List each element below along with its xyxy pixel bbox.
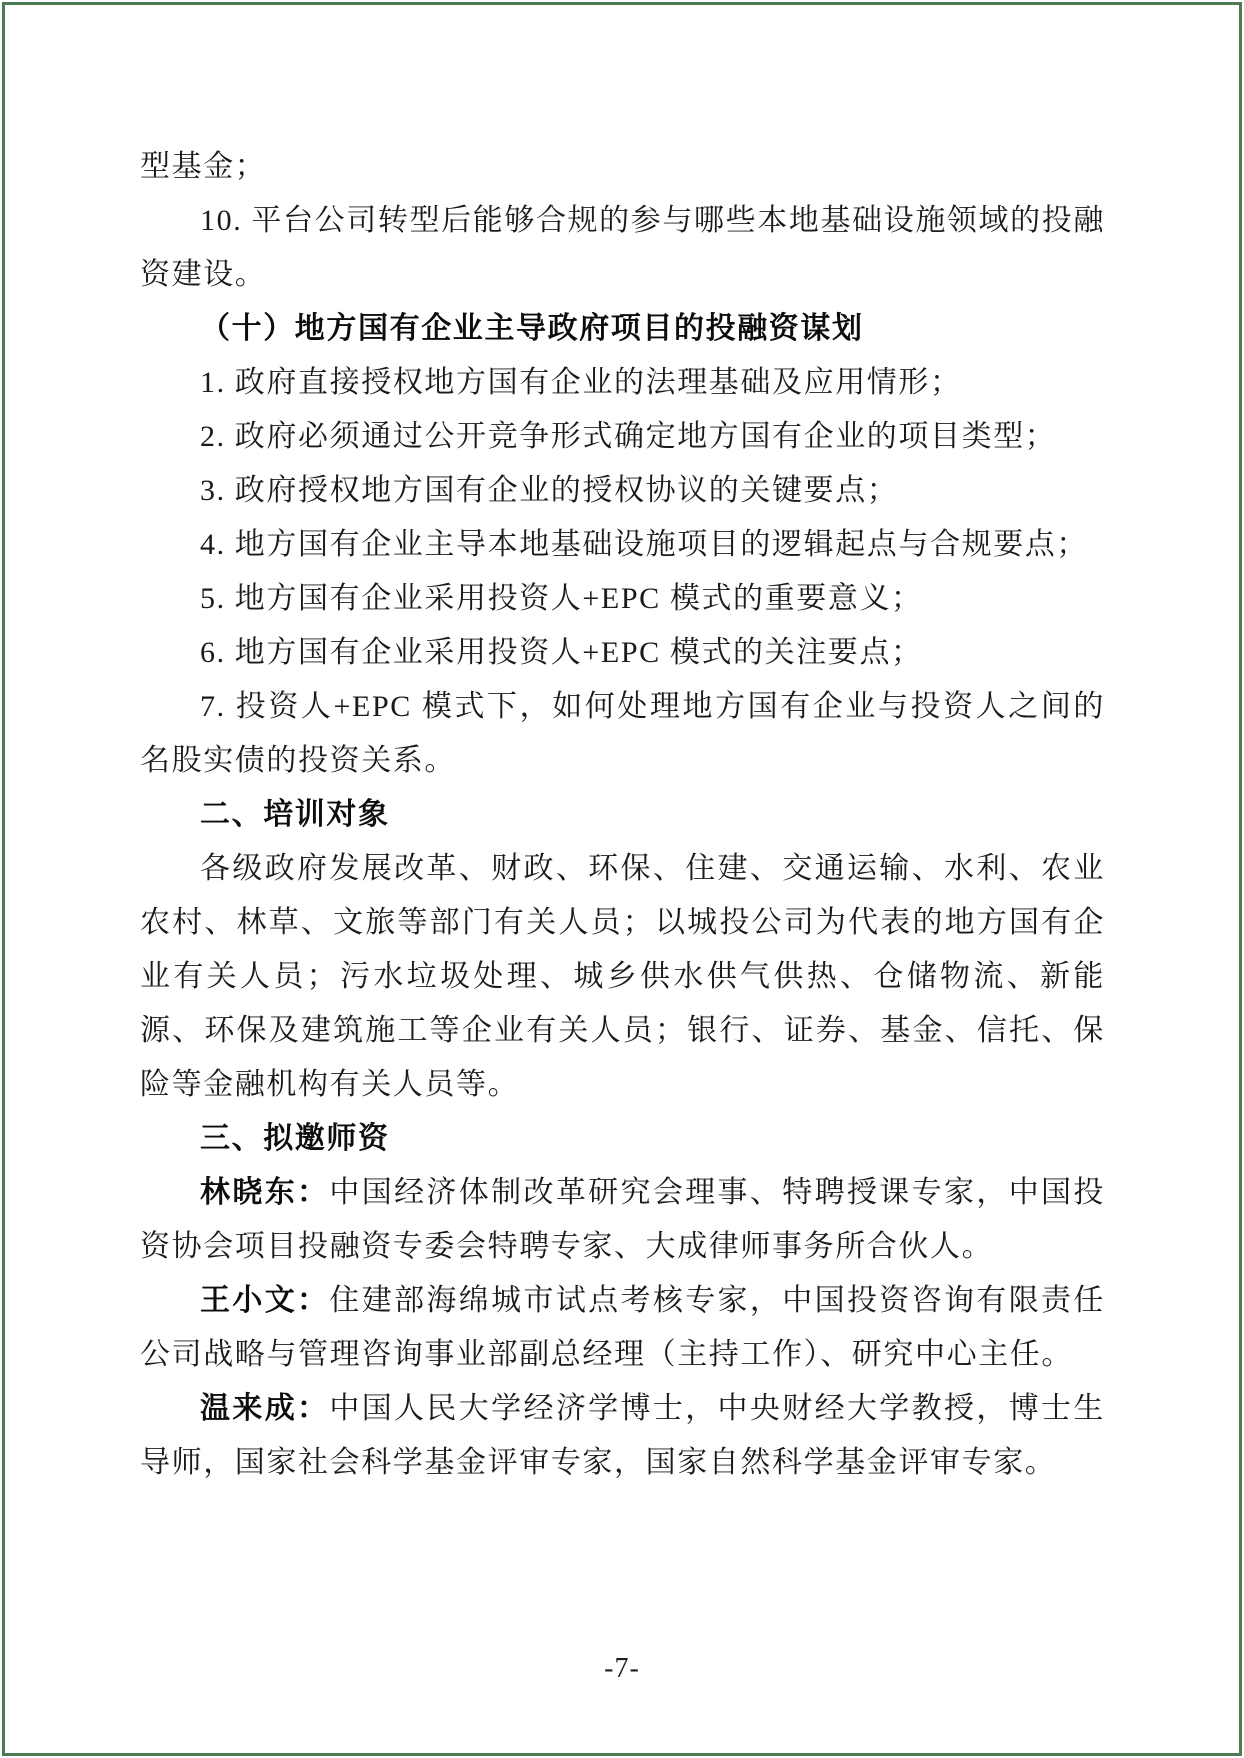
paragraph: 温来成：中国人民大学经济学博士，中央财经大学教授，博士生导师，国家社会科学基金评… [140,1382,1105,1490]
document-page: 型基金；10. 平台公司转型后能够合规的参与哪些本地基础设施领域的投融资建设。（… [0,0,1244,1758]
instructor-name: 林晓东： [200,1176,329,1209]
paragraph: 7. 投资人+EPC 模式下，如何处理地方国有企业与投资人之间的名股实债的投资关… [140,680,1105,788]
page-number: -7- [0,1653,1244,1685]
paragraph: 4. 地方国有企业主导本地基础设施项目的逻辑起点与合规要点； [140,518,1105,572]
paragraph: 王小文：住建部海绵城市试点考核专家，中国投资咨询有限责任公司战略与管理咨询事业部… [140,1274,1105,1382]
paragraph: 5. 地方国有企业采用投资人+EPC 模式的重要意义； [140,572,1105,626]
paragraph: 1. 政府直接授权地方国有企业的法理基础及应用情形； [140,356,1105,410]
instructor-name: 王小文： [200,1284,329,1317]
paragraph: 型基金； [140,140,1105,194]
paragraph: 10. 平台公司转型后能够合规的参与哪些本地基础设施领域的投融资建设。 [140,194,1105,302]
section-heading: （十）地方国有企业主导政府项目的投融资谋划 [140,302,1105,356]
paragraph: 林晓东：中国经济体制改革研究会理事、特聘授课专家，中国投资协会项目投融资专委会特… [140,1166,1105,1274]
paragraph: 6. 地方国有企业采用投资人+EPC 模式的关注要点； [140,626,1105,680]
instructor-name: 温来成： [200,1392,329,1425]
paragraph: 各级政府发展改革、财政、环保、住建、交通运输、水利、农业农村、林草、文旅等部门有… [140,842,1105,1112]
paragraph: 2. 政府必须通过公开竞争形式确定地方国有企业的项目类型； [140,410,1105,464]
section-heading: 三、拟邀师资 [140,1112,1105,1166]
paragraph: 3. 政府授权地方国有企业的授权协议的关键要点； [140,464,1105,518]
document-body: 型基金；10. 平台公司转型后能够合规的参与哪些本地基础设施领域的投融资建设。（… [140,140,1105,1490]
section-heading: 二、培训对象 [140,788,1105,842]
